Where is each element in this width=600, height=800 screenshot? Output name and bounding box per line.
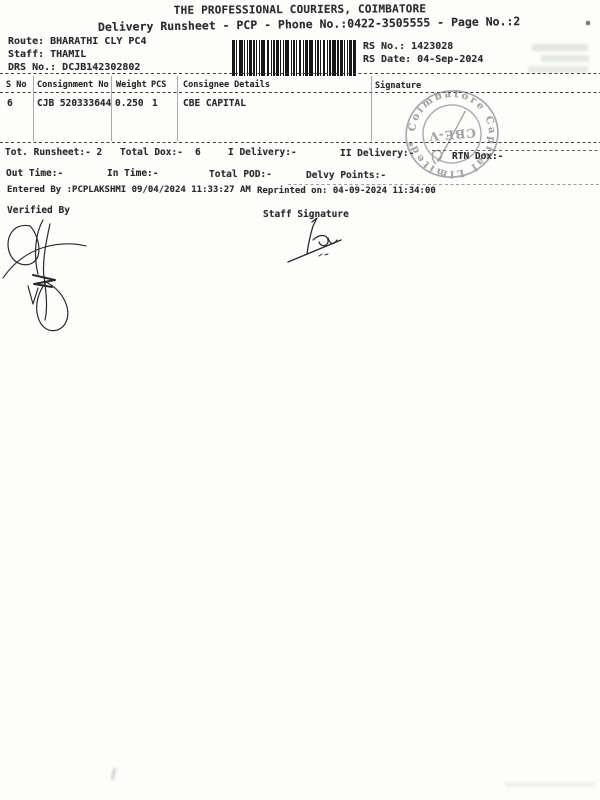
verified-by-signature <box>0 212 95 337</box>
i-delivery-field: I Delivery:- <box>228 148 297 158</box>
row-consignee: CBE CAPITAL <box>183 99 246 109</box>
bleed-through-smudge <box>528 66 588 73</box>
col-header-pcs: PCS <box>151 81 166 90</box>
scan-speck <box>111 768 117 780</box>
out-time-field: Out Time:- <box>6 169 63 179</box>
drs-no-field: DRS No.: DCJB142302802 <box>8 62 140 73</box>
rs-date-field: RS Date: 04-Sep-2024 <box>363 54 483 65</box>
staff-signature <box>283 210 353 270</box>
total-dox-label: Total Dox:- <box>120 148 183 158</box>
row-weight: 0.250 <box>115 99 144 109</box>
total-dox-value: 6 <box>195 148 201 158</box>
stamp-inner-text: CBE-V <box>428 125 477 143</box>
row-pcs: 1 <box>152 99 158 109</box>
col-header-sno: S No <box>6 81 26 90</box>
total-pod-field: Total POD:- <box>209 170 272 180</box>
entered-by-field: Entered By :PCPLAKSHMI 09/04/2024 11:33:… <box>7 186 251 196</box>
delvy-points-field: Delvy Points:- <box>306 171 386 181</box>
table-column-line-4 <box>371 76 372 141</box>
total-runsheet: Tot. Runsheet:- 2 <box>5 148 102 158</box>
col-header-consignment: Consignment No <box>37 81 109 90</box>
stamp-star-icon: ★ <box>406 139 415 149</box>
scan-smudge <box>505 782 595 787</box>
rs-no-field: RS No.: 1423028 <box>363 41 453 52</box>
in-time-field: In Time:- <box>107 169 158 179</box>
col-header-consignee: Consignee Details <box>183 81 270 90</box>
table-column-line-3 <box>177 76 178 141</box>
col-header-weight: Weight <box>116 81 147 90</box>
route-field: Route: BHARATHI CLY PC4 <box>8 36 146 47</box>
document-subtitle: Delivery Runsheet - PCP - Phone No.:0422… <box>98 15 520 34</box>
bleed-through-smudge <box>532 44 588 51</box>
scan-speck <box>586 21 590 25</box>
row-sno: 6 <box>7 99 13 109</box>
row-consignment-no: CJB 520333644 <box>37 99 111 109</box>
coimbatore-capital-stamp: Coimbatore Capital Limited ★ CBE-V <box>392 74 512 194</box>
bleed-through-smudge <box>541 55 589 62</box>
staff-field: Staff: THAMIL <box>8 49 86 60</box>
table-column-line-1 <box>33 76 34 141</box>
barcode <box>232 40 360 76</box>
delivery-runsheet-document: THE PROFESSIONAL COURIERS, COIMBATORE De… <box>0 0 600 800</box>
